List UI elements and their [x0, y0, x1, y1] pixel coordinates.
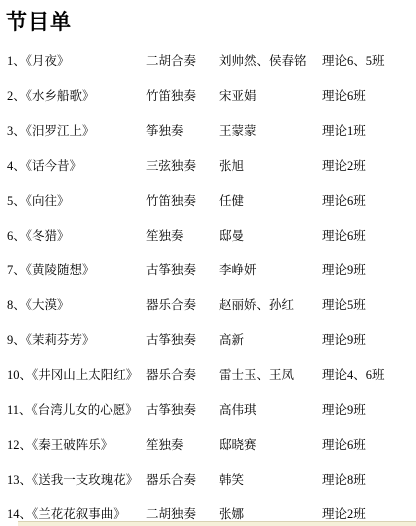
bottom-highlight-strip [18, 521, 416, 526]
performers: 宋亚娟 [219, 90, 257, 103]
program-row: 5、《向往》 竹笛独奏 任健 理论6班 [0, 183, 416, 218]
piece-title: 《向往》 [26, 194, 70, 208]
row-number: 8、 [7, 298, 26, 312]
row-number-and-piece-title: 5、《向往》 [7, 195, 70, 208]
performance-type: 古筝独奏 [146, 334, 196, 347]
row-number: 12、 [7, 437, 32, 451]
performers: 李峥妍 [219, 264, 257, 277]
piece-title: 《井冈山上太阳红》 [32, 368, 138, 382]
row-number: 6、 [7, 228, 26, 242]
performers: 任健 [219, 195, 244, 208]
program-row: 1、《月夜》 二胡合奏 刘帅然、侯春铭 理论6、5班 [0, 44, 416, 79]
program-row: 6、《冬猎》 笙独奏 邸曼 理论6班 [0, 218, 416, 253]
performance-type: 竹笛独奏 [146, 195, 196, 208]
row-number-and-piece-title: 9、《茉莉芬芳》 [7, 334, 95, 347]
performers: 王蒙蒙 [219, 125, 257, 138]
performers: 刘帅然、侯春铭 [219, 55, 307, 68]
performance-type: 筝独奏 [146, 125, 184, 138]
row-number-and-piece-title: 4、《话今昔》 [7, 160, 82, 173]
row-number: 3、 [7, 124, 26, 138]
piece-title: 《秦王破阵乐》 [32, 437, 113, 451]
performance-type: 二胡独奏 [146, 508, 196, 521]
row-number-and-piece-title: 2、《水乡船歌》 [7, 90, 95, 103]
class-label: 理论6班 [322, 438, 366, 451]
class-label: 理论9班 [322, 264, 366, 277]
performance-type: 器乐合奏 [146, 473, 196, 486]
performers: 张娜 [219, 508, 244, 521]
row-number: 1、 [7, 54, 26, 68]
row-number: 2、 [7, 89, 26, 103]
row-number: 9、 [7, 333, 26, 347]
row-number-and-piece-title: 10、《井冈山上太阳红》 [7, 369, 138, 382]
performers: 雷士玉、王凤 [219, 369, 294, 382]
program-row: 8、《大漠》 器乐合奏 赵丽娇、孙红 理论5班 [0, 288, 416, 323]
row-number: 4、 [7, 159, 26, 173]
performers: 张旭 [219, 160, 244, 173]
program-row: 12、《秦王破阵乐》 笙独奏 邸晓赛 理论6班 [0, 427, 416, 462]
piece-title: 《台湾儿女的心愿》 [32, 403, 138, 417]
row-number-and-piece-title: 14、《兰花花叙事曲》 [7, 508, 126, 521]
performers: 高伟琪 [219, 404, 257, 417]
class-label: 理论2班 [322, 508, 366, 521]
performance-type: 器乐合奏 [146, 369, 196, 382]
program-row: 7、《黄陵随想》 古筝独奏 李峥妍 理论9班 [0, 253, 416, 288]
program-row: 4、《话今昔》 三弦独奏 张旭 理论2班 [0, 149, 416, 184]
row-number-and-piece-title: 11、《台湾儿女的心愿》 [7, 404, 138, 417]
piece-title: 《汨罗江上》 [26, 124, 95, 138]
piece-title: 《水乡船歌》 [26, 89, 95, 103]
class-label: 理论6、5班 [322, 55, 385, 68]
row-number-and-piece-title: 6、《冬猎》 [7, 229, 70, 242]
piece-title: 《黄陵随想》 [26, 263, 95, 277]
row-number-and-piece-title: 12、《秦王破阵乐》 [7, 438, 113, 451]
performance-type: 古筝独奏 [146, 264, 196, 277]
row-number: 5、 [7, 194, 26, 208]
row-number-and-piece-title: 1、《月夜》 [7, 55, 70, 68]
performers: 高新 [219, 334, 244, 347]
class-label: 理论8班 [322, 473, 366, 486]
class-label: 理论6班 [322, 229, 366, 242]
piece-title: 《月夜》 [26, 54, 70, 68]
row-number-and-piece-title: 8、《大漠》 [7, 299, 70, 312]
performance-type: 笙独奏 [146, 438, 184, 451]
piece-title: 《送我一支玫瑰花》 [32, 472, 138, 486]
row-number: 14、 [7, 507, 32, 521]
row-number: 10、 [7, 368, 32, 382]
program-row: 10、《井冈山上太阳红》 器乐合奏 雷士玉、王凤 理论4、6班 [0, 358, 416, 393]
row-number-and-piece-title: 7、《黄陵随想》 [7, 264, 95, 277]
class-label: 理论6班 [322, 90, 366, 103]
program-row: 3、《汨罗江上》 筝独奏 王蒙蒙 理论1班 [0, 114, 416, 149]
class-label: 理论9班 [322, 334, 366, 347]
class-label: 理论5班 [322, 299, 366, 312]
program-document: 节目单 1、《月夜》 二胡合奏 刘帅然、侯春铭 理论6、5班 2、《水乡船歌》 … [0, 0, 416, 526]
performers: 邸曼 [219, 229, 244, 242]
class-label: 理论4、6班 [322, 369, 385, 382]
program-row: 11、《台湾儿女的心愿》 古筝独奏 高伟琪 理论9班 [0, 392, 416, 427]
row-number: 13、 [7, 472, 32, 486]
performance-type: 二胡合奏 [146, 55, 196, 68]
row-number-and-piece-title: 3、《汨罗江上》 [7, 125, 95, 138]
piece-title: 《话今昔》 [26, 159, 82, 173]
program-list: 1、《月夜》 二胡合奏 刘帅然、侯春铭 理论6、5班 2、《水乡船歌》 竹笛独奏… [0, 44, 416, 526]
piece-title: 《茉莉芬芳》 [26, 333, 95, 347]
performance-type: 笙独奏 [146, 229, 184, 242]
performers: 韩笑 [219, 473, 244, 486]
piece-title: 《大漠》 [26, 298, 70, 312]
row-number: 11、 [7, 403, 32, 417]
performance-type: 三弦独奏 [146, 160, 196, 173]
class-label: 理论9班 [322, 404, 366, 417]
piece-title: 《兰花花叙事曲》 [32, 507, 126, 521]
program-row: 13、《送我一支玫瑰花》 器乐合奏 韩笑 理论8班 [0, 462, 416, 497]
row-number-and-piece-title: 13、《送我一支玫瑰花》 [7, 473, 138, 486]
program-row: 9、《茉莉芬芳》 古筝独奏 高新 理论9班 [0, 323, 416, 358]
performance-type: 竹笛独奏 [146, 90, 196, 103]
performers: 邸晓赛 [219, 438, 257, 451]
performers: 赵丽娇、孙红 [219, 299, 294, 312]
piece-title: 《冬猎》 [26, 228, 70, 242]
class-label: 理论1班 [322, 125, 366, 138]
performance-type: 古筝独奏 [146, 404, 196, 417]
page-title: 节目单 [6, 6, 72, 36]
row-number: 7、 [7, 263, 26, 277]
performance-type: 器乐合奏 [146, 299, 196, 312]
program-row: 2、《水乡船歌》 竹笛独奏 宋亚娟 理论6班 [0, 79, 416, 114]
class-label: 理论2班 [322, 160, 366, 173]
class-label: 理论6班 [322, 195, 366, 208]
